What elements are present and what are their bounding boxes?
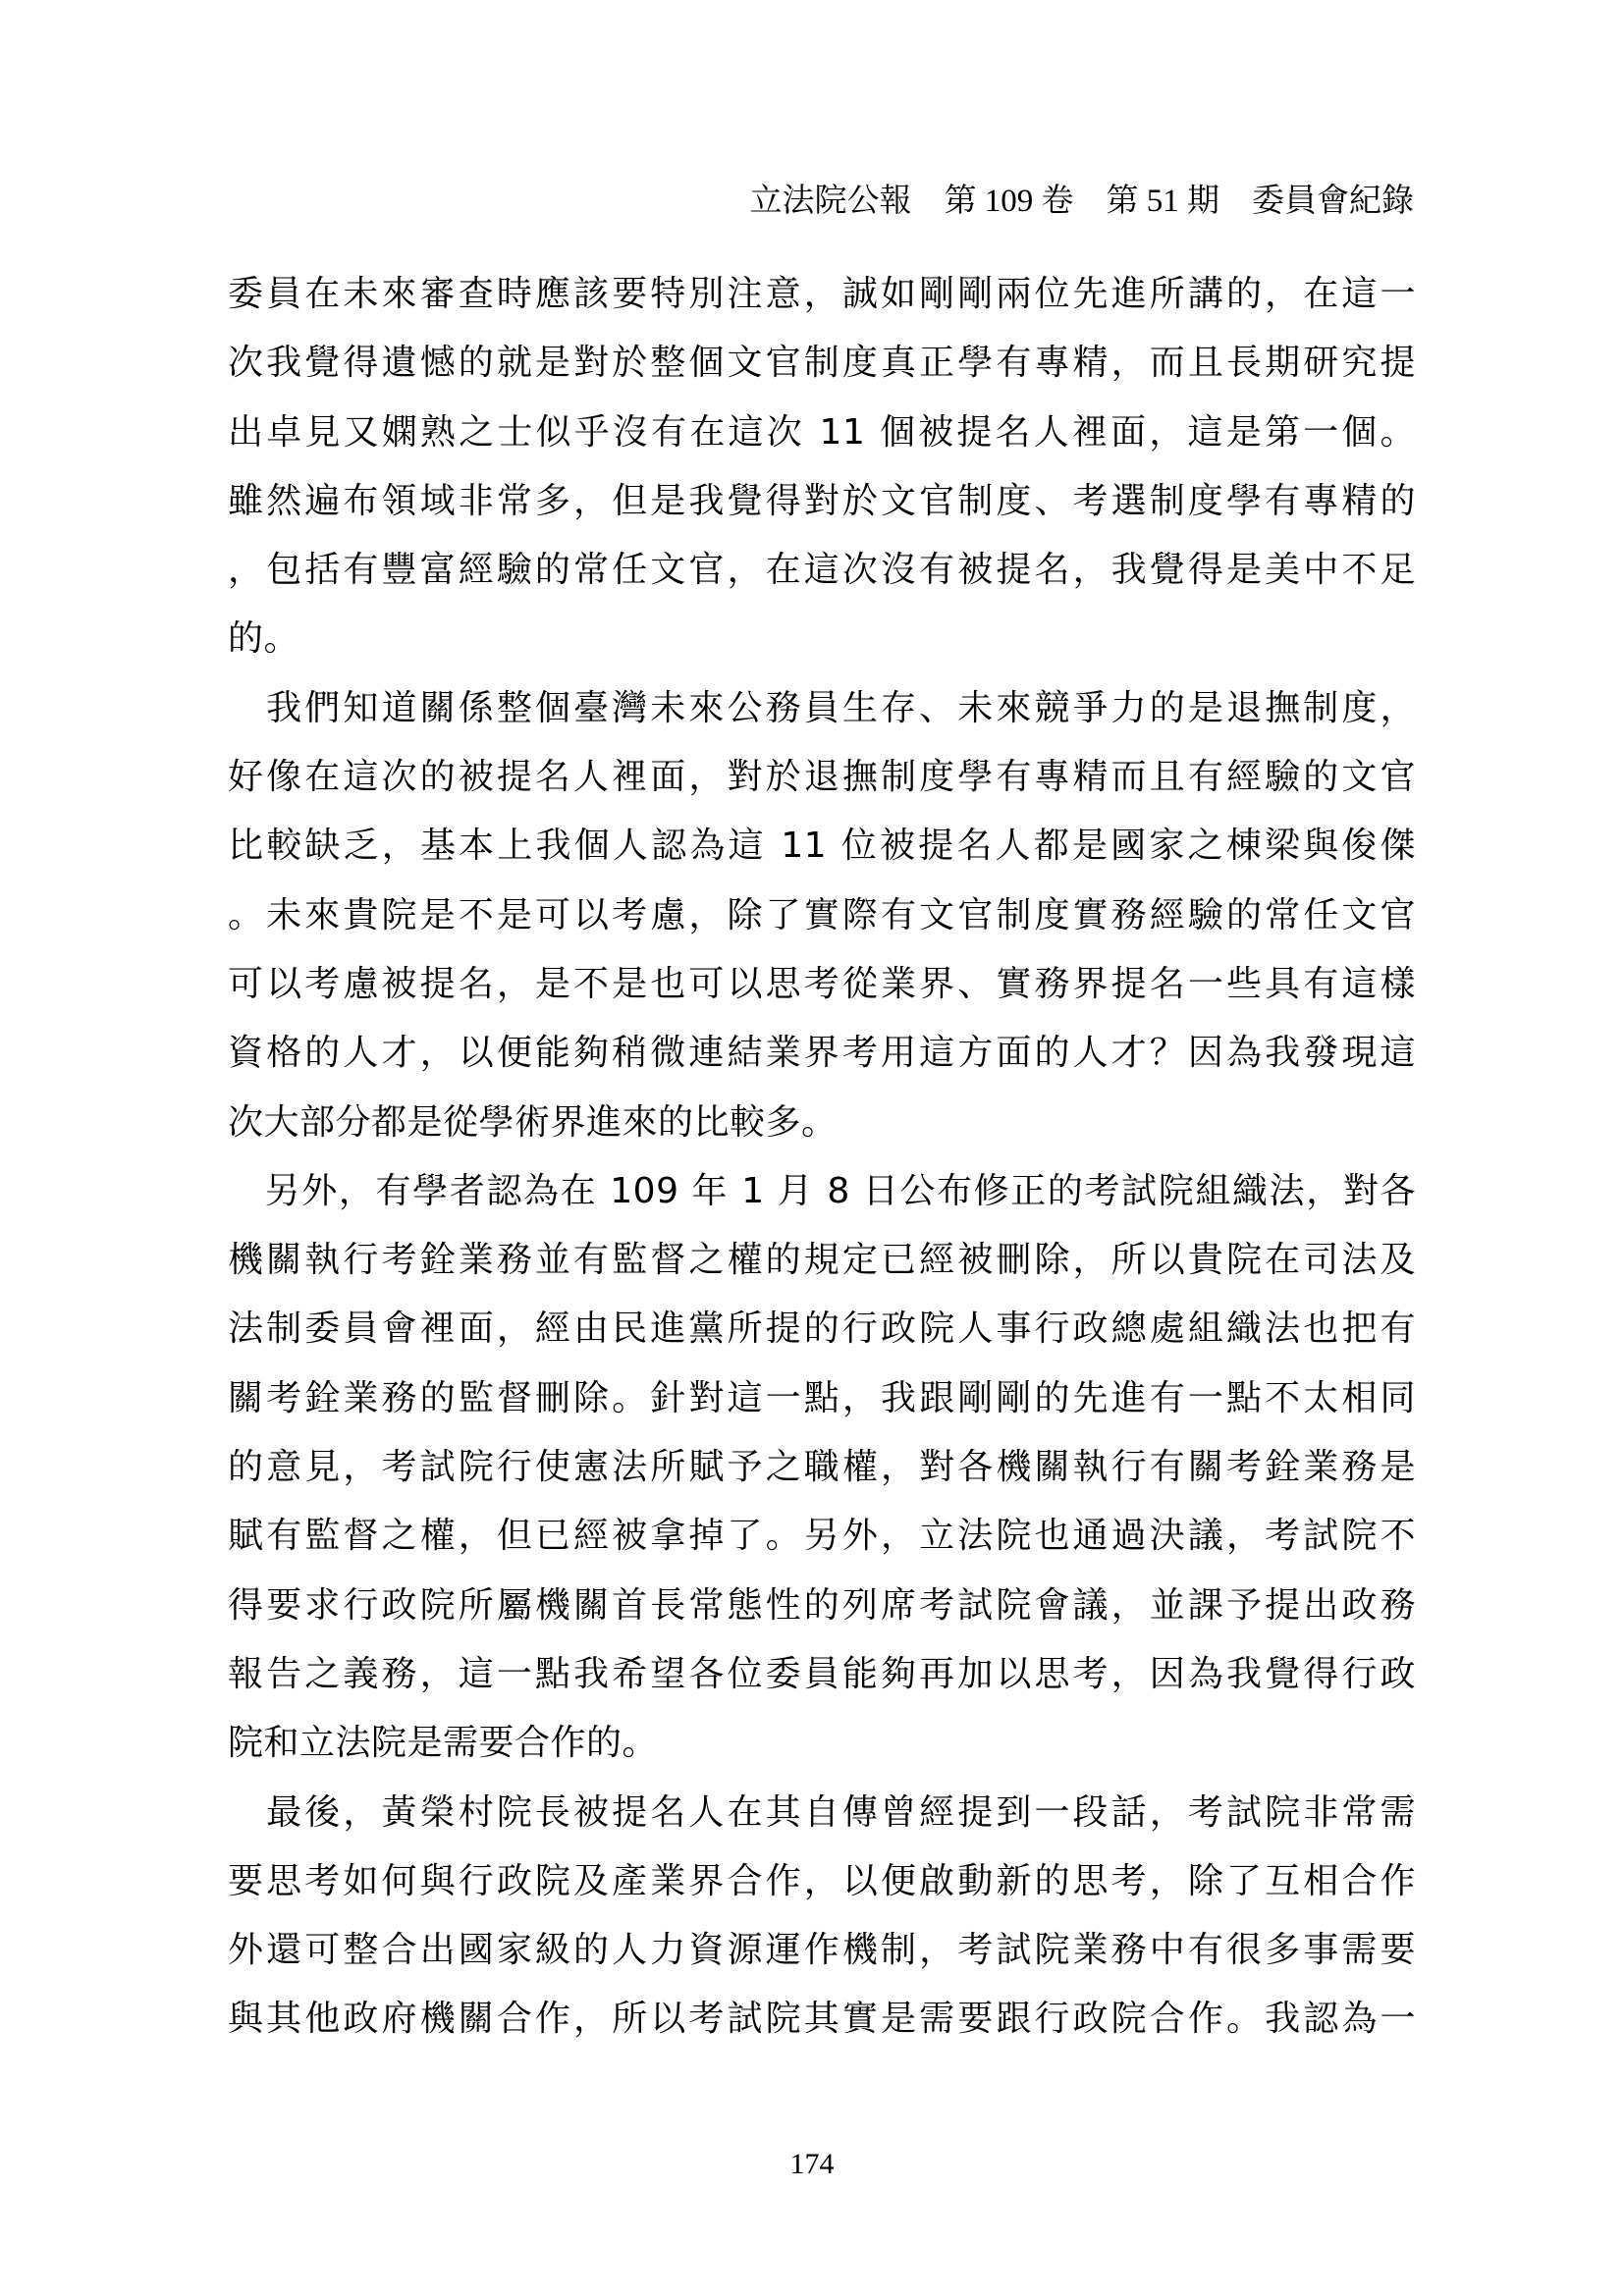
- text-line: 外還可整合出國家級的人力資源運作機制，考試院業務中有很多事需要: [228, 1916, 1416, 1985]
- page-number: 174: [0, 2148, 1624, 2181]
- text-line: 的。: [228, 605, 1416, 673]
- text-line: 次大部分都是從學術界進來的比較多。: [228, 1089, 1416, 1157]
- text-line: 我們知道關係整個臺灣未來公務員生存、未來競爭力的是退撫制度，: [228, 674, 1416, 743]
- text-line: 的意見，考試院行使憲法所賦予之職權，對各機關執行有關考銓業務是: [228, 1433, 1416, 1502]
- text-line: 得要求行政院所屬機關首長常態性的列席考試院會議，並課予提出政務: [228, 1572, 1416, 1640]
- text-line: 最後，黃榮村院長被提名人在其自傳曾經提到一段話，考試院非常需: [228, 1779, 1416, 1847]
- text-line: 關考銓業務的監督刪除。針對這一點，我跟剛剛的先進有一點不太相同: [228, 1364, 1416, 1433]
- text-line: 院和立法院是需要合作的。: [228, 1709, 1416, 1778]
- text-line: 賦有監督之權，但已經被拿掉了。另外，立法院也通過決議，考試院不: [228, 1502, 1416, 1571]
- text-line: 可以考慮被提名，是不是也可以思考從業界、實務界提名一些具有這樣: [228, 950, 1416, 1019]
- text-line: 委員在未來審查時應該要特別注意，誠如剛剛兩位先進所講的，在這一: [228, 260, 1416, 329]
- text-line: 法制委員會裡面，經由民進黨所提的行政院人事行政總處組織法也把有: [228, 1295, 1416, 1363]
- text-line: 另外，有學者認為在 109 年 1 月 8 日公布修正的考試院組織法，對各: [228, 1157, 1416, 1226]
- text-line: 與其他政府機關合作，所以考試院其實是需要跟行政院合作。我認為一: [228, 1985, 1416, 2054]
- transcript-body: 委員在未來審查時應該要特別注意，誠如剛剛兩位先進所講的，在這一 次我覺得遺憾的就…: [228, 260, 1416, 2055]
- text-line: 比較缺乏，基本上我個人認為這 11 位被提名人都是國家之棟梁與俊傑: [228, 812, 1416, 881]
- text-line: 要思考如何與行政院及產業界合作，以便啟動新的思考，除了互相合作: [228, 1847, 1416, 1916]
- text-line: 好像在這次的被提名人裡面，對於退撫制度學有專精而且有經驗的文官: [228, 743, 1416, 812]
- text-line: 雖然遍布領域非常多，但是我覺得對於文官制度、考選制度學有專精的: [228, 467, 1416, 536]
- text-line: ，包括有豐富經驗的常任文官，在這次沒有被提名，我覺得是美中不足: [228, 536, 1416, 605]
- text-line: 。未來貴院是不是可以考慮，除了實際有文官制度實務經驗的常任文官: [228, 881, 1416, 950]
- publication-header: 立法院公報 第 109 卷 第 51 期 委員會紀錄: [0, 175, 1414, 221]
- text-line: 機關執行考銓業務並有監督之權的規定已經被刪除，所以貴院在司法及: [228, 1226, 1416, 1295]
- text-line: 報告之義務，這一點我希望各位委員能夠再加以思考，因為我覺得行政: [228, 1640, 1416, 1709]
- text-line: 次我覺得遺憾的就是對於整個文官制度真正學有專精，而且長期研究提: [228, 329, 1416, 398]
- text-line: 出卓見又嫻熟之士似乎沒有在這次 11 個被提名人裡面，這是第一個。: [228, 399, 1416, 467]
- text-line: 資格的人才，以便能夠稍微連結業界考用這方面的人才？因為我發現這: [228, 1019, 1416, 1088]
